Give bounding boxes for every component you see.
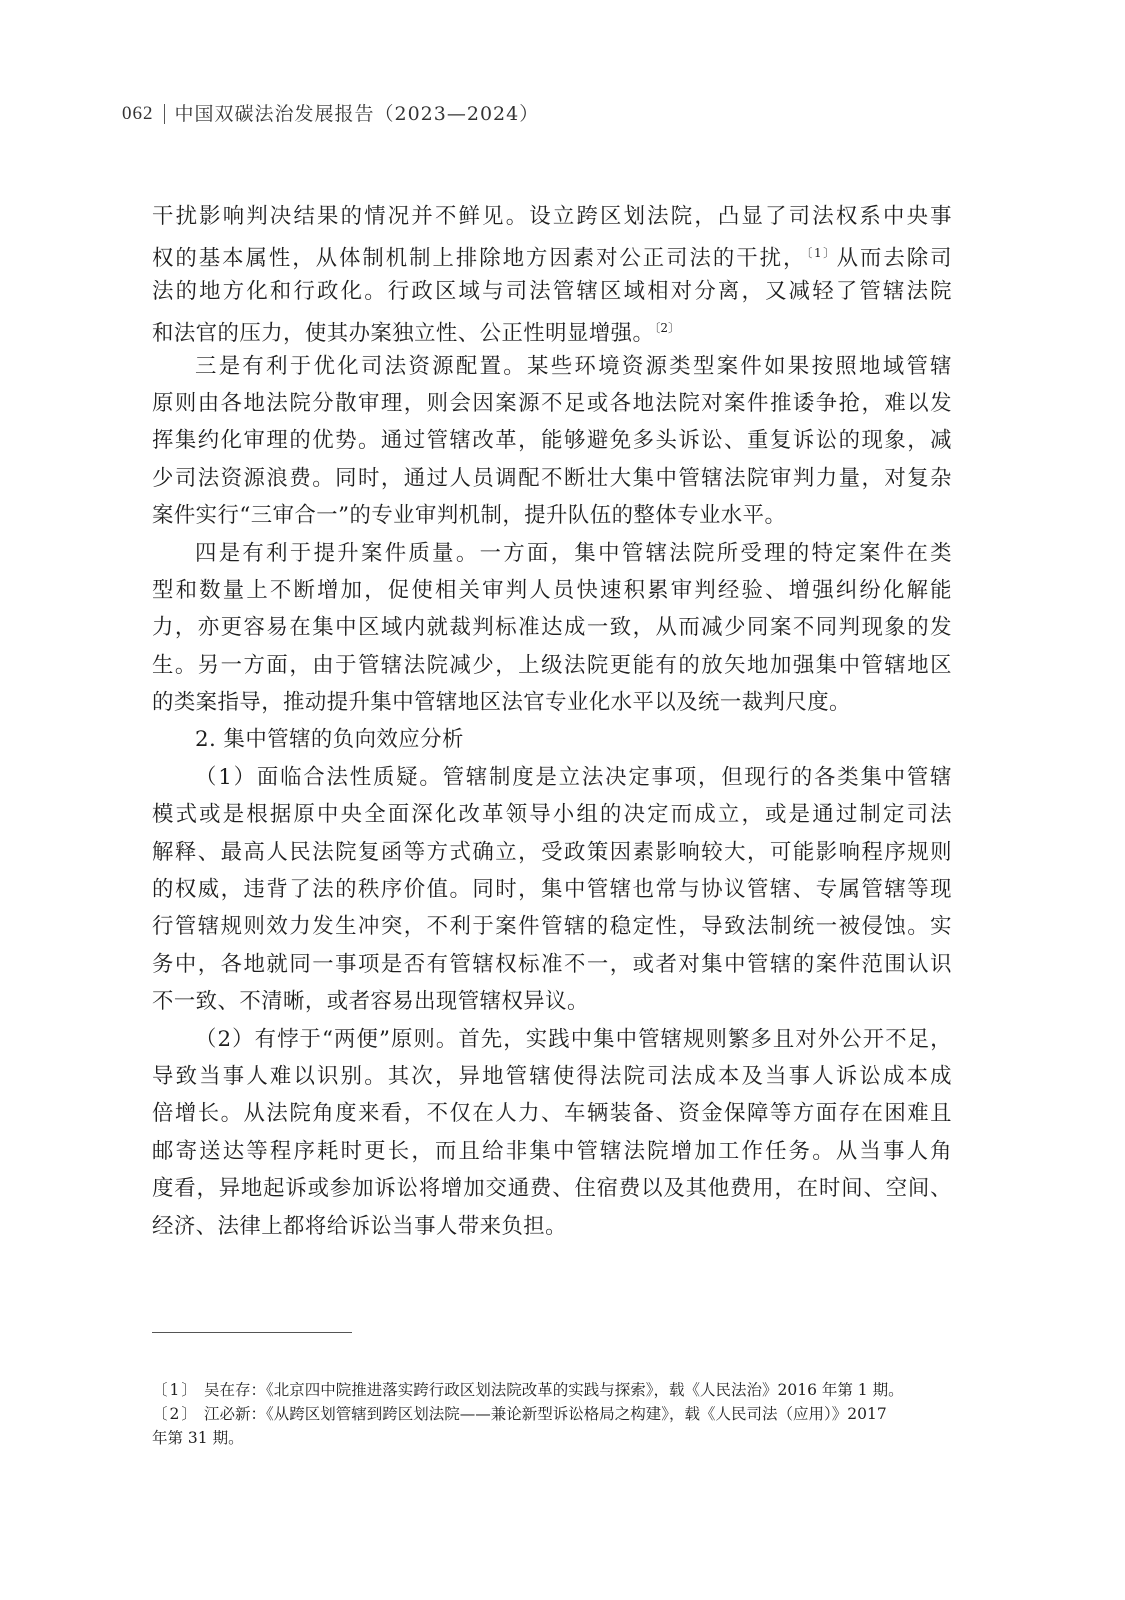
text-line: 干扰影响判决结果的情况并不鲜见。设立跨区划法院，凸显了司法权系中央事: [152, 198, 952, 235]
text-line: 经济、法律上都将给诉讼当事人带来负担。: [152, 1208, 952, 1245]
running-header: 062 中国双碳法治发展报告（2023—2024）: [122, 100, 539, 128]
line-text: 导致当事人难以识别。其次，异地管辖使得法院司法成本及当事人诉讼成本成: [152, 1064, 952, 1089]
text-line: 不一致、不清晰，或者容易出现管辖权异议。: [152, 983, 952, 1020]
line-text: 模式或是根据原中央全面深化改革领导小组的决定而成立，或是通过制定司法: [152, 802, 952, 827]
body-text: 干扰影响判决结果的情况并不鲜见。设立跨区划法院，凸显了司法权系中央事权的基本属性…: [152, 198, 952, 1245]
line-text-after-ref: 从而去除司: [837, 246, 952, 271]
line-text: 行管辖规则效力发生冲突，不利于案件管辖的稳定性，导致法制统一被侵蚀。实: [152, 914, 952, 939]
text-line: 案件实行“三审合一”的专业审判机制，提升队伍的整体专业水平。: [152, 497, 952, 534]
line-text: 干扰影响判决结果的情况并不鲜见。设立跨区划法院，凸显了司法权系中央事: [152, 204, 952, 229]
line-text: 的权威，违背了法的秩序价值。同时，集中管辖也常与协议管辖、专属管辖等现: [152, 877, 952, 902]
text-line: 少司法资源浪费。同时，通过人员调配不断壮大集中管辖法院审判力量，对复杂: [152, 460, 952, 497]
text-line: 权的基本属性，从体制机制上排除地方因素对公正司法的干扰，〔1〕从而去除司: [152, 235, 952, 272]
text-line: （2）有悖于“两便”原则。首先，实践中集中管辖规则繁多且对外公开不足，: [152, 1021, 952, 1058]
footnote-mark: 〔2〕: [152, 1402, 204, 1426]
footnote-reference[interactable]: 〔2〕: [654, 321, 680, 335]
line-text: 案件实行“三审合一”的专业审判机制，提升队伍的整体专业水平。: [152, 503, 786, 528]
text-line: 的类案指导，推动提升集中管辖地区法官专业化水平以及统一裁判尺度。: [152, 684, 952, 721]
text-line: 邮寄送达等程序耗时更长，而且给非集中管辖法院增加工作任务。从当事人角: [152, 1133, 952, 1170]
line-text: 力，亦更容易在集中区域内就裁判标准达成一致，从而减少同案不同判现象的发: [152, 615, 952, 640]
text-line: 行管辖规则效力发生冲突，不利于案件管辖的稳定性，导致法制统一被侵蚀。实: [152, 908, 952, 945]
header-divider: [164, 104, 165, 124]
text-line: 务中，各地就同一事项是否有管辖权标准不一，或者对集中管辖的案件范围认识: [152, 946, 952, 983]
text-line: 力，亦更容易在集中区域内就裁判标准达成一致，从而减少同案不同判现象的发: [152, 609, 952, 646]
section-heading: 2. 集中管辖的负向效应分析: [152, 721, 952, 758]
footnote-item: 〔1〕吴在存：《北京四中院推进落实跨行政区划法院改革的实践与探索》，载《人民法治…: [152, 1378, 952, 1402]
text-line: 型和数量上不断增加，促使相关审判人员快速积累审判经验、增强纠纷化解能: [152, 572, 952, 609]
line-text: 少司法资源浪费。同时，通过人员调配不断壮大集中管辖法院审判力量，对复杂: [152, 466, 952, 491]
text-line: 导致当事人难以识别。其次，异地管辖使得法院司法成本及当事人诉讼成本成: [152, 1058, 952, 1095]
line-text: 2. 集中管辖的负向效应分析: [195, 727, 464, 752]
text-line: 生。另一方面，由于管辖法院减少，上级法院更能有的放矢地加强集中管辖地区: [152, 647, 952, 684]
text-line: 四是有利于提升案件质量。一方面，集中管辖法院所受理的特定案件在类: [152, 535, 952, 572]
line-text: （2）有悖于“两便”原则。首先，实践中集中管辖规则繁多且对外公开不足，: [195, 1027, 952, 1052]
footnote-item: 〔2〕江必新：《从跨区划管辖到跨区划法院——兼论新型诉讼格局之构建》，载《人民司…: [152, 1402, 952, 1426]
line-text: 倍增长。从法院角度来看，不仅在人力、车辆装备、资金保障等方面存在困难且: [152, 1101, 952, 1126]
line-text: 权的基本属性，从体制机制上排除地方因素对公正司法的干扰，: [152, 246, 806, 271]
line-text: 挥集约化审理的优势。通过管辖改革，能够避免多头诉讼、重复诉讼的现象，减: [152, 428, 952, 453]
text-line: 法的地方化和行政化。行政区域与司法管辖区域相对分离，又减轻了管辖法院: [152, 273, 952, 310]
text-line: 挥集约化审理的优势。通过管辖改革，能够避免多头诉讼、重复诉讼的现象，减: [152, 422, 952, 459]
footnote-divider: [152, 1332, 352, 1333]
text-line: 三是有利于优化司法资源配置。某些环境资源类型案件如果按照地域管辖: [152, 348, 952, 385]
line-text: 解释、最高人民法院复函等方式确立，受政策因素影响较大，可能影响程序规则: [152, 840, 952, 865]
page-number: 062: [122, 100, 154, 128]
text-line: 的权威，违背了法的秩序价值。同时，集中管辖也常与协议管辖、专属管辖等现: [152, 871, 952, 908]
line-text: 原则由各地法院分散审理，则会因案源不足或各地法院对案件推诿争抢，难以发: [152, 391, 952, 416]
line-text: 的类案指导，推动提升集中管辖地区法官专业化水平以及统一裁判尺度。: [152, 690, 851, 715]
line-text: 生。另一方面，由于管辖法院减少，上级法院更能有的放矢地加强集中管辖地区: [152, 653, 952, 678]
footnote-continuation: 年第 31 期。: [152, 1426, 952, 1450]
footnote-text: 江必新：《从跨区划管辖到跨区划法院——兼论新型诉讼格局之构建》，载《人民司法（应…: [204, 1402, 952, 1426]
text-line: 度看，异地起诉或参加诉讼将增加交通费、住宿费以及其他费用，在时间、空间、: [152, 1170, 952, 1207]
line-text: 三是有利于优化司法资源配置。某些环境资源类型案件如果按照地域管辖: [195, 354, 952, 379]
line-text: （1）面临合法性质疑。管辖制度是立法决定事项，但现行的各类集中管辖: [195, 765, 952, 790]
footnote-mark: 〔1〕: [152, 1378, 204, 1402]
text-line: （1）面临合法性质疑。管辖制度是立法决定事项，但现行的各类集中管辖: [152, 759, 952, 796]
text-line: 倍增长。从法院角度来看，不仅在人力、车辆装备、资金保障等方面存在困难且: [152, 1095, 952, 1132]
line-text: 务中，各地就同一事项是否有管辖权标准不一，或者对集中管辖的案件范围认识: [152, 952, 952, 977]
line-text: 不一致、不清晰，或者容易出现管辖权异议。: [152, 989, 589, 1014]
book-title: 中国双碳法治发展报告（2023—2024）: [175, 100, 540, 128]
text-line: 原则由各地法院分散审理，则会因案源不足或各地法院对案件推诿争抢，难以发: [152, 385, 952, 422]
line-text: 经济、法律上都将给诉讼当事人带来负担。: [152, 1214, 567, 1239]
footnotes: 〔1〕吴在存：《北京四中院推进落实跨行政区划法院改革的实践与探索》，载《人民法治…: [152, 1378, 952, 1450]
text-line: 和法官的压力，使其办案独立性、公正性明显增强。〔2〕: [152, 310, 952, 347]
text-line: 模式或是根据原中央全面深化改革领导小组的决定而成立，或是通过制定司法: [152, 796, 952, 833]
text-line: 解释、最高人民法院复函等方式确立，受政策因素影响较大，可能影响程序规则: [152, 834, 952, 871]
line-text: 和法官的压力，使其办案独立性、公正性明显增强。: [152, 321, 654, 346]
line-text: 邮寄送达等程序耗时更长，而且给非集中管辖法院增加工作任务。从当事人角: [152, 1139, 952, 1164]
line-text: 法的地方化和行政化。行政区域与司法管辖区域相对分离，又减轻了管辖法院: [152, 279, 952, 304]
line-text: 型和数量上不断增加，促使相关审判人员快速积累审判经验、增强纠纷化解能: [152, 578, 952, 603]
footnote-text: 吴在存：《北京四中院推进落实跨行政区划法院改革的实践与探索》，载《人民法治》20…: [204, 1378, 952, 1402]
line-text: 度看，异地起诉或参加诉讼将增加交通费、住宿费以及其他费用，在时间、空间、: [152, 1176, 952, 1201]
footnote-reference[interactable]: 〔1〕: [806, 246, 836, 260]
line-text: 四是有利于提升案件质量。一方面，集中管辖法院所受理的特定案件在类: [195, 541, 952, 566]
